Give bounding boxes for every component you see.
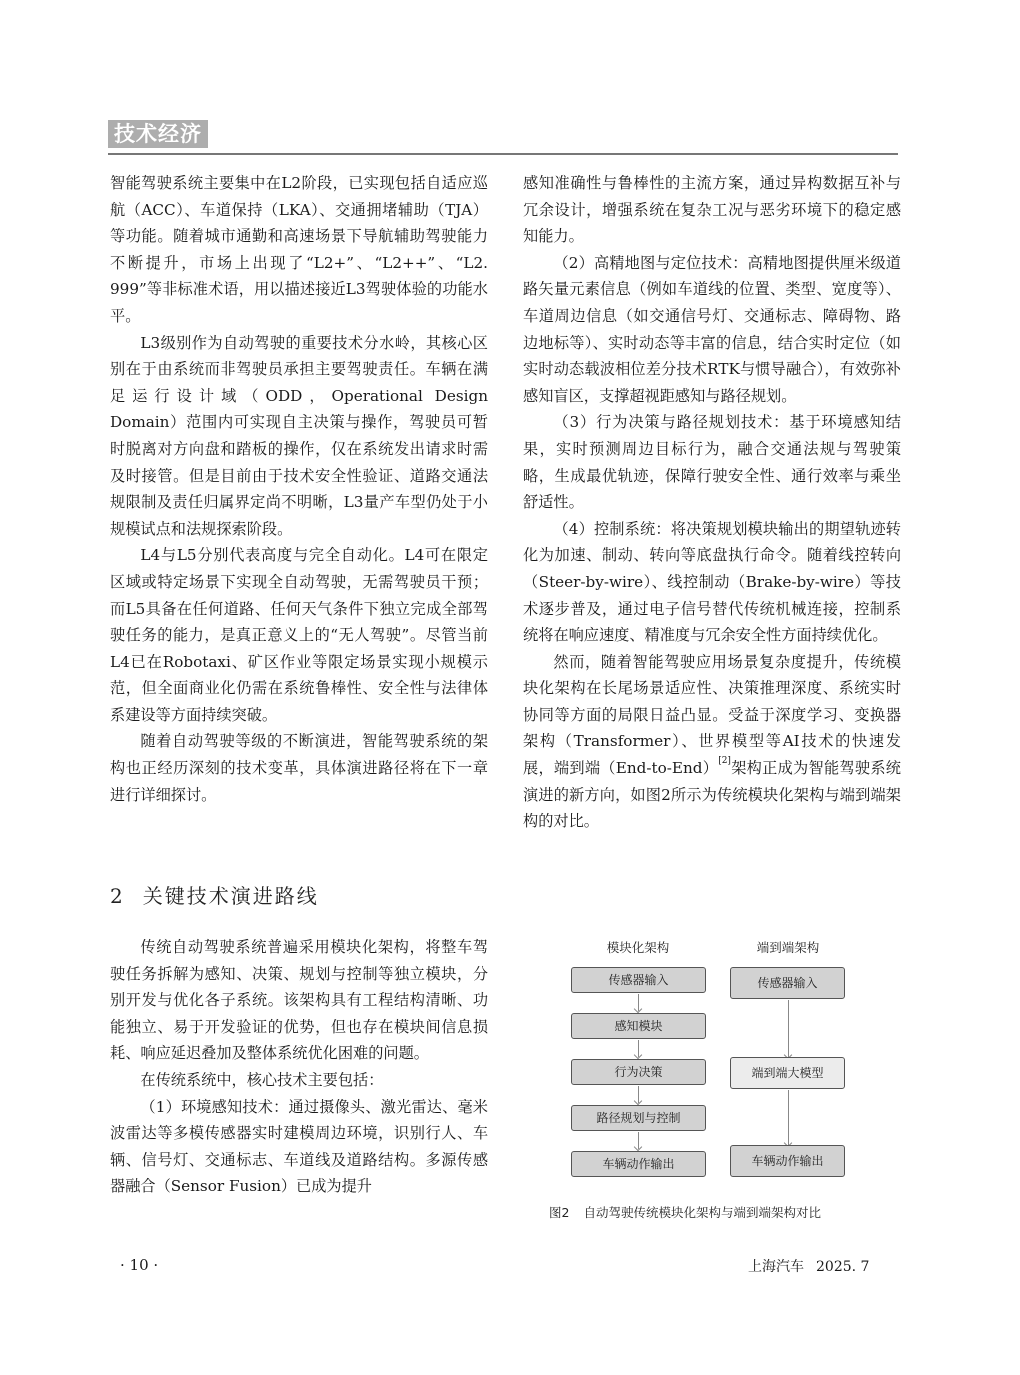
right-column: 感知准确性与鲁棒性的主流方案，通过异构数据互补与冗余设计，增强系统在复杂工况与恶… [523,170,901,835]
paragraph: （2）高精地图与定位技术：高精地图提供厘米级道路矢量元素信息（例如车道线的位置、… [523,250,901,410]
paragraph: （4）控制系统：将决策规划模块输出的期望轨迹转化为加速、制动、转向等底盘执行命令… [523,516,901,649]
arrow-down-icon [638,1086,639,1103]
e2e-box-large-model: 端到端大模型 [730,1057,845,1089]
arrow-down-icon [638,994,639,1011]
arrow-down-icon [638,1132,639,1149]
page-number: · 10 · [120,1256,158,1274]
paragraph: 传统自动驾驶系统普遍采用模块化架构，将整车驾驶任务拆解为感知、决策、规划与控制等… [110,934,488,1067]
paragraph: （3）行为决策与路径规划技术：基于环境感知结果，实时预测周边目标行为，融合交通法… [523,409,901,515]
section-number: 2 [110,884,125,908]
modular-box-sensor-input: 传感器输入 [571,967,706,993]
modular-box-vehicle-output: 车辆动作输出 [571,1151,706,1177]
figure-number: 图2 [549,1205,569,1220]
arrow-down-icon [788,1000,789,1057]
paragraph: 在传统系统中，核心技术主要包括： [110,1067,488,1094]
journal-info: 上海汽车2025. 7 [748,1256,869,1276]
paragraph: 然而，随着智能驾驶应用场景复杂度提升，传统模块化架构在长尾场景适应性、决策推理深… [523,649,901,835]
header-divider [108,153,898,155]
figure-caption: 图2自动驾驶传统模块化架构与端到端架构对比 [549,1203,821,1221]
paragraph: L4与L5分别代表高度与完全自动化。L4可在限定区域或特定场景下实现全自动驾驶，… [110,542,488,728]
modular-box-decision: 行为决策 [571,1059,706,1085]
modular-title: 模块化架构 [568,938,708,956]
paragraph: 随着自动驾驶等级的不断演进，智能驾驶系统的架构也正经历深刻的技术变革，具体演进路… [110,728,488,808]
figure-caption-text: 自动驾驶传统模块化架构与端到端架构对比 [583,1205,821,1220]
modular-box-perception: 感知模块 [571,1013,706,1039]
e2e-box-sensor-input: 传感器输入 [730,967,845,999]
paragraph: 智能驾驶系统主要集中在L2阶段，已实现包括自适应巡航（ACC）、车道保持（LKA… [110,170,488,330]
arrow-down-icon [788,1090,789,1145]
citation-ref[interactable]: [2] [718,756,731,766]
e2e-title: 端到端架构 [718,938,858,956]
paragraph: L3级别作为自动驾驶的重要技术分水岭，其核心区别在于由系统而非驾驶员承担主要驾驶… [110,330,488,543]
modular-box-planning-control: 路径规划与控制 [571,1105,706,1131]
section-heading: 2关键技术演进路线 [110,880,319,909]
journal-name: 上海汽车 [748,1259,804,1275]
left-column-upper: 智能驾驶系统主要集中在L2阶段，已实现包括自适应巡航（ACC）、车道保持（LKA… [110,170,488,808]
section-tag: 技术经济 [108,120,208,148]
e2e-box-vehicle-output: 车辆动作输出 [730,1145,845,1177]
paragraph: 感知准确性与鲁棒性的主流方案，通过异构数据互补与冗余设计，增强系统在复杂工况与恶… [523,170,901,250]
left-column-lower: 传统自动驾驶系统普遍采用模块化架构，将整车驾驶任务拆解为感知、决策、规划与控制等… [110,934,488,1200]
paragraph: （1）环境感知技术：通过摄像头、激光雷达、毫米波雷达等多模传感器实时建模周边环境… [110,1094,488,1200]
architecture-diagram: 模块化架构 端到端架构 传感器输入 感知模块 行为决策 路径规划与控制 车辆动作… [560,935,870,1185]
issue-date: 2025. 7 [816,1259,869,1275]
arrow-down-icon [638,1040,639,1057]
section-title: 关键技术演进路线 [143,884,319,908]
